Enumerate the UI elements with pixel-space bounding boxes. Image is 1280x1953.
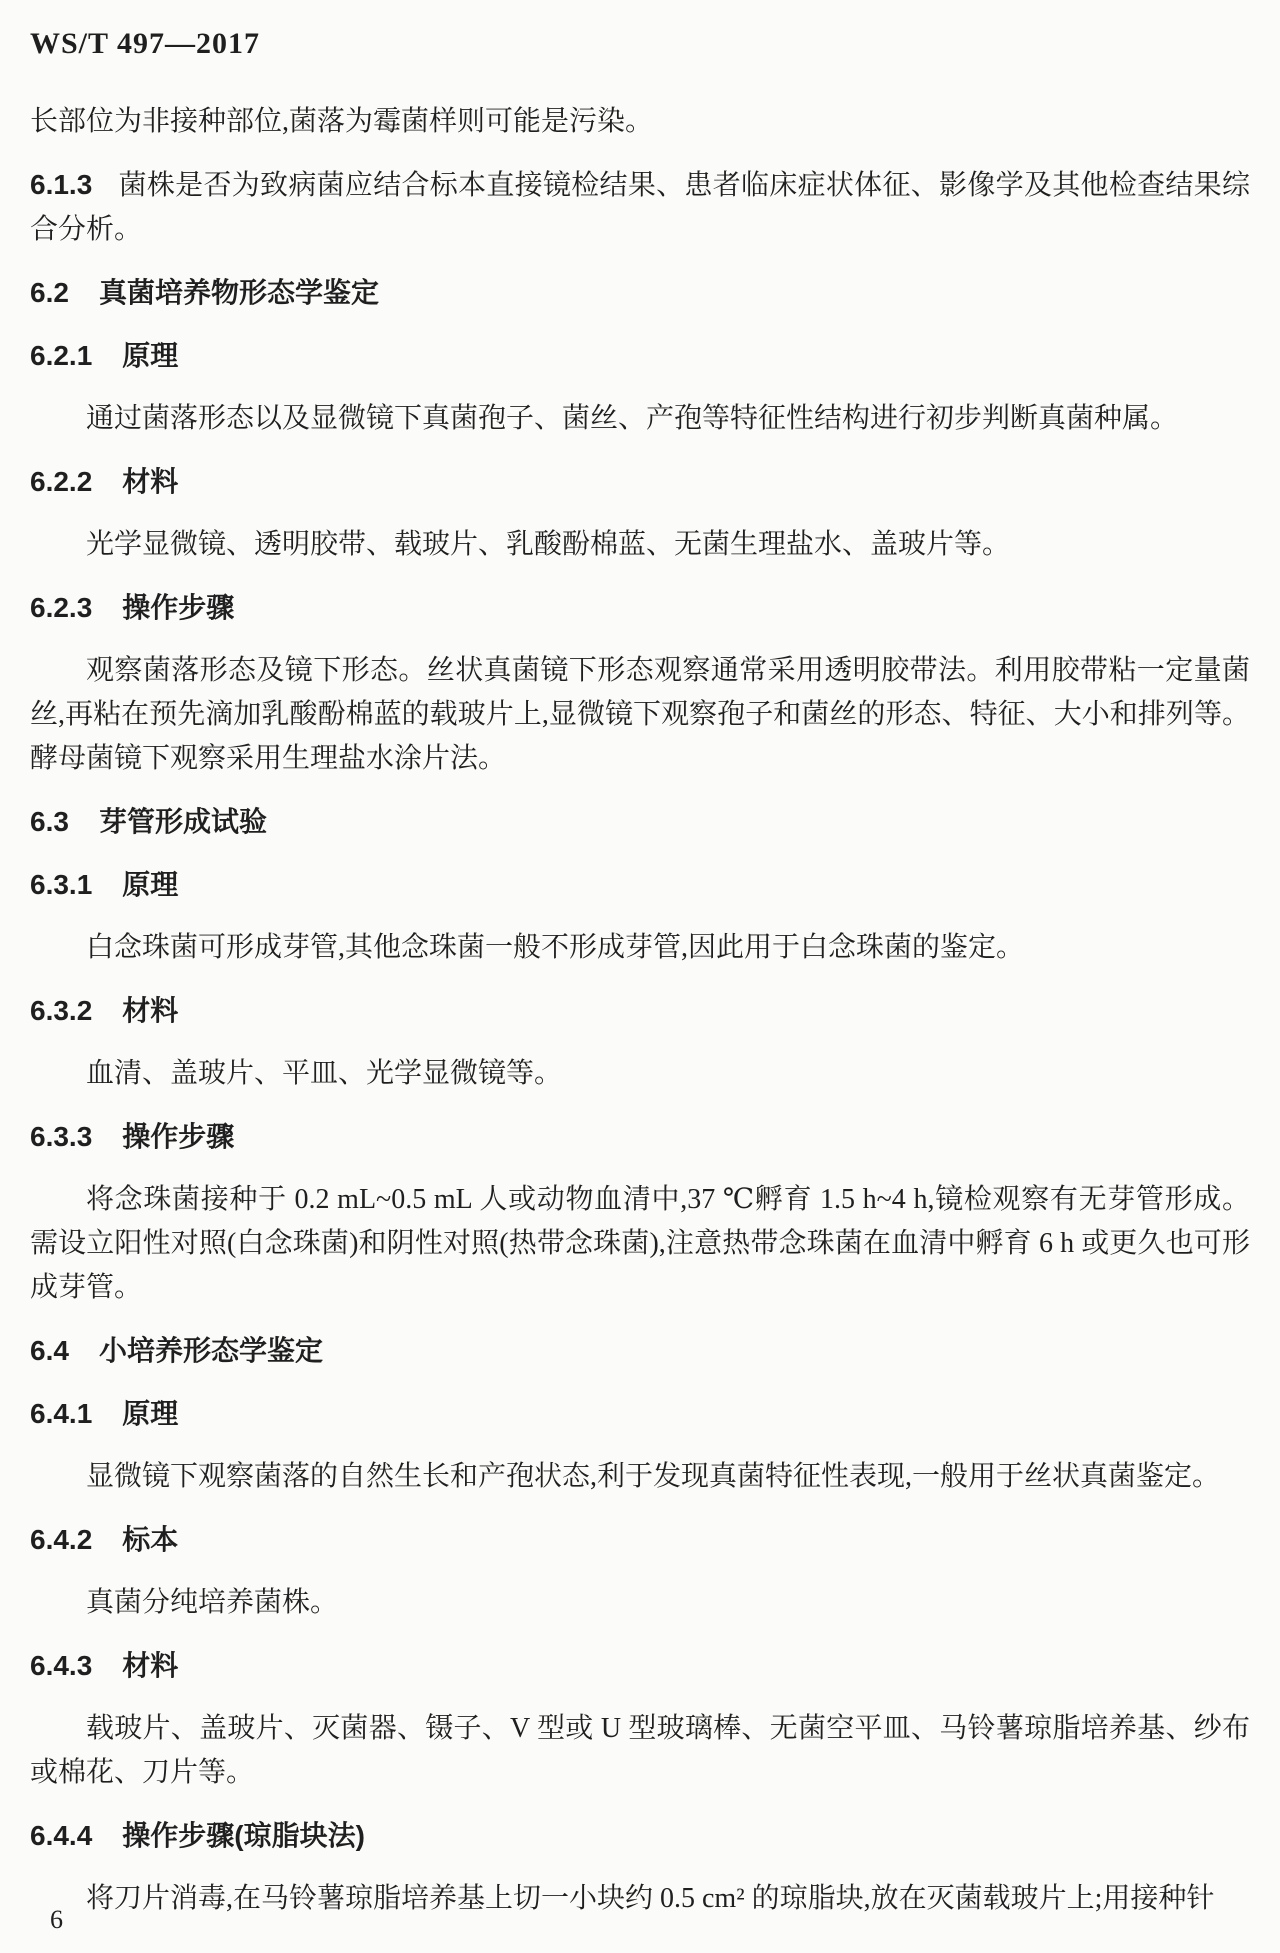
heading-6-3-3: 6.3.3操作步骤 [30,1115,1250,1159]
paragraph-6-2-1: 通过菌落形态以及显微镜下真菌孢子、菌丝、产孢等特征性结构进行初步判断真菌种属。 [30,397,1250,441]
heading-title: 材料 [122,466,178,497]
page-number: 6 [50,1905,63,1935]
heading-6-3: 6.3芽管形成试验 [30,800,1250,844]
heading-title: 原理 [122,1398,178,1429]
paragraph-6-2-2: 光学显微镜、透明胶带、载玻片、乳酸酚棉蓝、无菌生理盐水、盖玻片等。 [30,523,1250,567]
document-body: 长部位为非接种部位,菌落为霉菌样则可能是污染。 6.1.3菌株是否为致病菌应结合… [30,100,1250,1921]
heading-6-4-4: 6.4.4操作步骤(琼脂块法) [30,1814,1250,1858]
paragraph-6-3-3: 将念珠菌接种于 0.2 mL~0.5 mL 人或动物血清中,37 ℃孵育 1.5… [30,1178,1250,1310]
standard-number-header: WS/T 497—2017 [30,26,1250,62]
heading-6-3-1: 6.3.1原理 [30,863,1250,907]
heading-6-2-1: 6.2.1原理 [30,334,1250,378]
heading-number: 6.2 [30,277,69,308]
heading-6-4: 6.4小培养形态学鉴定 [30,1329,1250,1373]
heading-title: 操作步骤 [122,1121,234,1152]
heading-title: 操作步骤 [122,592,234,623]
paragraph-6-4-4: 将刀片消毒,在马铃薯琼脂培养基上切一小块约 0.5 cm² 的琼脂块,放在灭菌载… [30,1877,1250,1921]
heading-6-2: 6.2真菌培养物形态学鉴定 [30,271,1250,315]
document-page: WS/T 497—2017 长部位为非接种部位,菌落为霉菌样则可能是污染。 6.… [0,0,1280,1953]
heading-number: 6.4 [30,1335,69,1366]
heading-6-3-2: 6.3.2材料 [30,989,1250,1033]
heading-number: 6.4.4 [30,1820,92,1851]
heading-title: 原理 [122,340,178,371]
heading-title: 标本 [122,1524,178,1555]
heading-title: 材料 [122,995,178,1026]
clause-6-1-3: 6.1.3菌株是否为致病菌应结合标本直接镜检结果、患者临床症状体征、影像学及其他… [30,163,1250,252]
heading-6-2-3: 6.2.3操作步骤 [30,586,1250,630]
heading-number: 6.2.1 [30,340,92,371]
heading-number: 6.3.3 [30,1121,92,1152]
heading-number: 6.4.2 [30,1524,92,1555]
paragraph-6-3-1: 白念珠菌可形成芽管,其他念珠菌一般不形成芽管,因此用于白念珠菌的鉴定。 [30,926,1250,970]
heading-title: 芽管形成试验 [99,806,267,837]
heading-title: 小培养形态学鉴定 [99,1335,323,1366]
heading-6-4-3: 6.4.3材料 [30,1644,1250,1688]
heading-title: 材料 [122,1650,178,1681]
heading-number: 6.2.2 [30,466,92,497]
paragraph-6-2-3: 观察菌落形态及镜下形态。丝状真菌镜下形态观察通常采用透明胶带法。利用胶带粘一定量… [30,649,1250,781]
paragraph-6-3-2: 血清、盖玻片、平皿、光学显微镜等。 [30,1052,1250,1096]
heading-number: 6.3.2 [30,995,92,1026]
clause-number: 6.1.3 [30,169,92,200]
paragraph-6-4-2: 真菌分纯培养菌株。 [30,1581,1250,1625]
continuation-paragraph: 长部位为非接种部位,菌落为霉菌样则可能是污染。 [30,100,1250,144]
heading-title: 操作步骤(琼脂块法) [122,1820,365,1851]
heading-6-2-2: 6.2.2材料 [30,460,1250,504]
heading-number: 6.4.3 [30,1650,92,1681]
heading-number: 6.4.1 [30,1398,92,1429]
heading-6-4-2: 6.4.2标本 [30,1518,1250,1562]
paragraph-6-4-1: 显微镜下观察菌落的自然生长和产孢状态,利于发现真菌特征性表现,一般用于丝状真菌鉴… [30,1455,1250,1499]
heading-title: 原理 [122,869,178,900]
heading-6-4-1: 6.4.1原理 [30,1392,1250,1436]
heading-number: 6.3 [30,806,69,837]
heading-number: 6.2.3 [30,592,92,623]
heading-title: 真菌培养物形态学鉴定 [99,277,379,308]
clause-text: 菌株是否为致病菌应结合标本直接镜检结果、患者临床症状体征、影像学及其他检查结果综… [30,170,1250,245]
heading-number: 6.3.1 [30,869,92,900]
paragraph-6-4-3: 载玻片、盖玻片、灭菌器、镊子、V 型或 U 型玻璃棒、无菌空平皿、马铃薯琼脂培养… [30,1707,1250,1795]
